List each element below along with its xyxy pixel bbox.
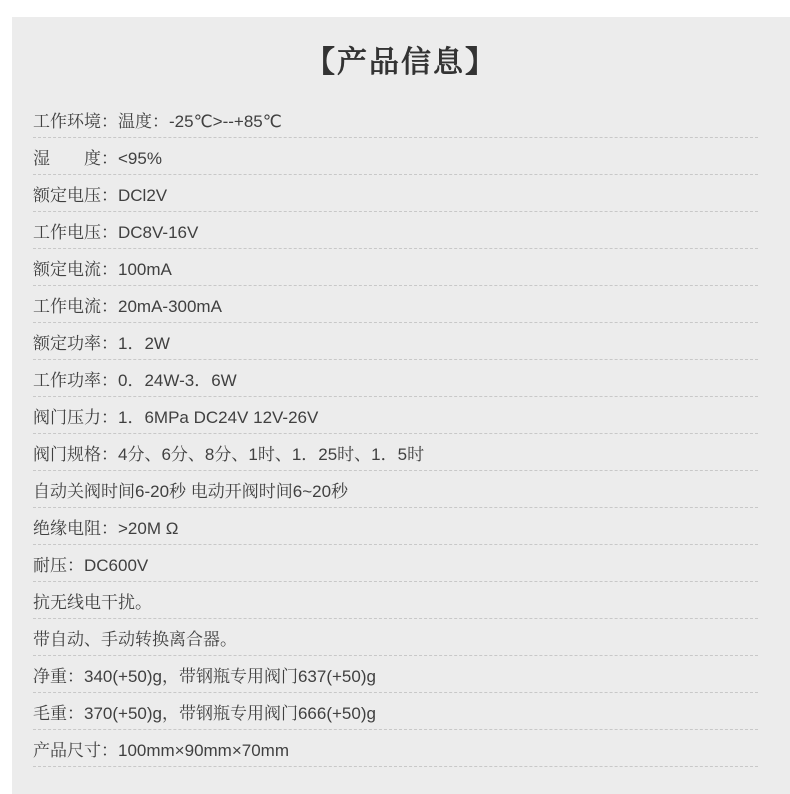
spec-row-gross-weight: 毛重：370(+50)g，带钢瓶专用阀门666(+50)g xyxy=(33,693,758,730)
spec-row-valve-pressure: 阀门压力：1．6MPa DC24V 12V-26V xyxy=(33,397,758,434)
spec-row-valve-sizes: 阀门规格：4分、6分、8分、1时、1．25时、1．5时 xyxy=(33,434,758,471)
title-section: 【产品信息】 xyxy=(12,17,790,101)
spec-list: 工作环境：温度：-25℃>--+85℃ 湿 度：<95% 额定电压：DCl2V … xyxy=(33,101,758,767)
spec-row-working-current: 工作电流：20mA-300mA xyxy=(33,286,758,323)
spec-row-product-size: 产品尺寸：100mm×90mm×70mm xyxy=(33,730,758,767)
spec-row-anti-interference: 抗无线电干扰。 xyxy=(33,582,758,619)
spec-row-rated-current: 额定电流：100mA xyxy=(33,249,758,286)
page-title: 【产品信息】 xyxy=(305,37,497,81)
spec-row-humidity: 湿 度：<95% xyxy=(33,138,758,175)
spec-row-open-close-time: 自动关阀时间6-20秒 电动开阀时间6~20秒 xyxy=(33,471,758,508)
product-info-panel: 【产品信息】 工作环境：温度：-25℃>--+85℃ 湿 度：<95% 额定电压… xyxy=(12,17,790,794)
spec-row-insulation-resistance: 绝缘电阻：>20M Ω xyxy=(33,508,758,545)
spec-row-net-weight: 净重：340(+50)g，带钢瓶专用阀门637(+50)g xyxy=(33,656,758,693)
spec-row-working-power: 工作功率：0．24W-3．6W xyxy=(33,360,758,397)
spec-row-working-environment: 工作环境：温度：-25℃>--+85℃ xyxy=(33,101,758,138)
spec-row-clutch: 带自动、手动转换离合器。 xyxy=(33,619,758,656)
spec-row-rated-power: 额定功率：1．2W xyxy=(33,323,758,360)
spec-row-rated-voltage: 额定电压：DCl2V xyxy=(33,175,758,212)
product-info-page: 【产品信息】 工作环境：温度：-25℃>--+85℃ 湿 度：<95% 额定电压… xyxy=(0,0,790,794)
spec-row-withstand-voltage: 耐压：DC600V xyxy=(33,545,758,582)
spec-row-working-voltage: 工作电压：DC8V-16V xyxy=(33,212,758,249)
